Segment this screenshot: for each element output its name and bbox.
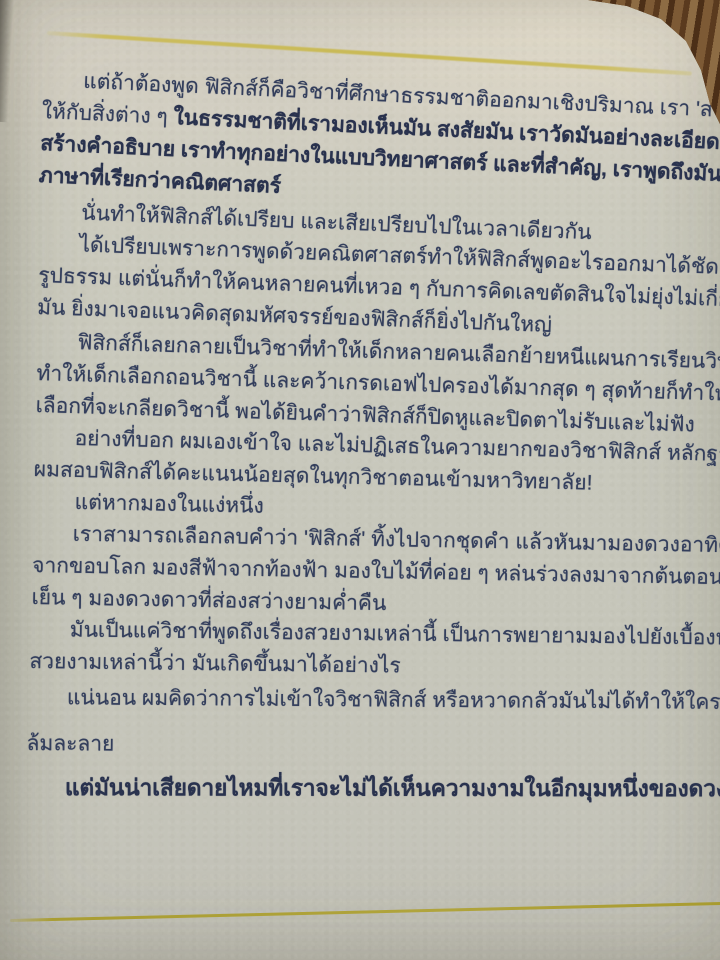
text-run: เย็น ๆ มองดวงดาวที่ส่องสว่างยามค่ำคืน (31, 586, 386, 615)
paragraph: แน่นอน ผมคิดว่าการไม่เข้าใจวิชาฟิสิกส์ ห… (26, 682, 720, 765)
text-line: ล้มละลาย (26, 728, 720, 765)
paragraph: แต่มันน่าเสียดายไหมที่เราจะไม่ได้เห็นควา… (25, 770, 720, 807)
paragraph: มันเป็นแค่วิชาที่พูดถึงเรื่องสวยงามเหล่า… (29, 614, 720, 687)
page-text: แต่ถ้าต้องพูด ฟิสิกส์ก็คือวิชาที่ศึกษาธร… (0, 58, 720, 806)
text-run: แต่หากมองในแง่หนึ่ง (74, 491, 264, 518)
text-line: แน่นอน ผมคิดว่าการไม่เข้าใจวิชาฟิสิกส์ ห… (27, 682, 720, 719)
paragraph: เราสามารถเลือกลบคำว่า 'ฟิสิกส์' ทิ้งไปจา… (31, 518, 720, 627)
text-run: ล้มละลาย (26, 732, 114, 756)
bottom-divider-line (10, 902, 720, 922)
bold-text-run: แต่มันน่าเสียดายไหมที่เราจะไม่ได้เห็นควา… (65, 775, 720, 801)
bold-text-run: ภาษาที่เรียกว่าคณิตศาสตร์ (38, 164, 281, 198)
text-line: แต่มันน่าเสียดายไหมที่เราจะไม่ได้เห็นควา… (25, 770, 720, 807)
book-page: แต่ถ้าต้องพูด ฟิสิกส์ก็คือวิชาที่ศึกษาธร… (0, 0, 720, 960)
text-run: มันเป็นแค่วิชาที่พูดถึงเรื่องสวยงามเหล่า… (70, 618, 720, 650)
book-page-photo: แต่ถ้าต้องพูด ฟิสิกส์ก็คือวิชาที่ศึกษาธร… (0, 0, 720, 960)
text-run: แน่นอน ผมคิดว่าการไม่เข้าใจวิชาฟิสิกส์ ห… (67, 686, 720, 714)
text-run: สวยงามเหล่านี้ว่า มันเกิดขึ้นมาได้อย่างไ… (29, 650, 401, 678)
text-run: ให้กับสิ่งต่าง ๆ (41, 100, 174, 129)
